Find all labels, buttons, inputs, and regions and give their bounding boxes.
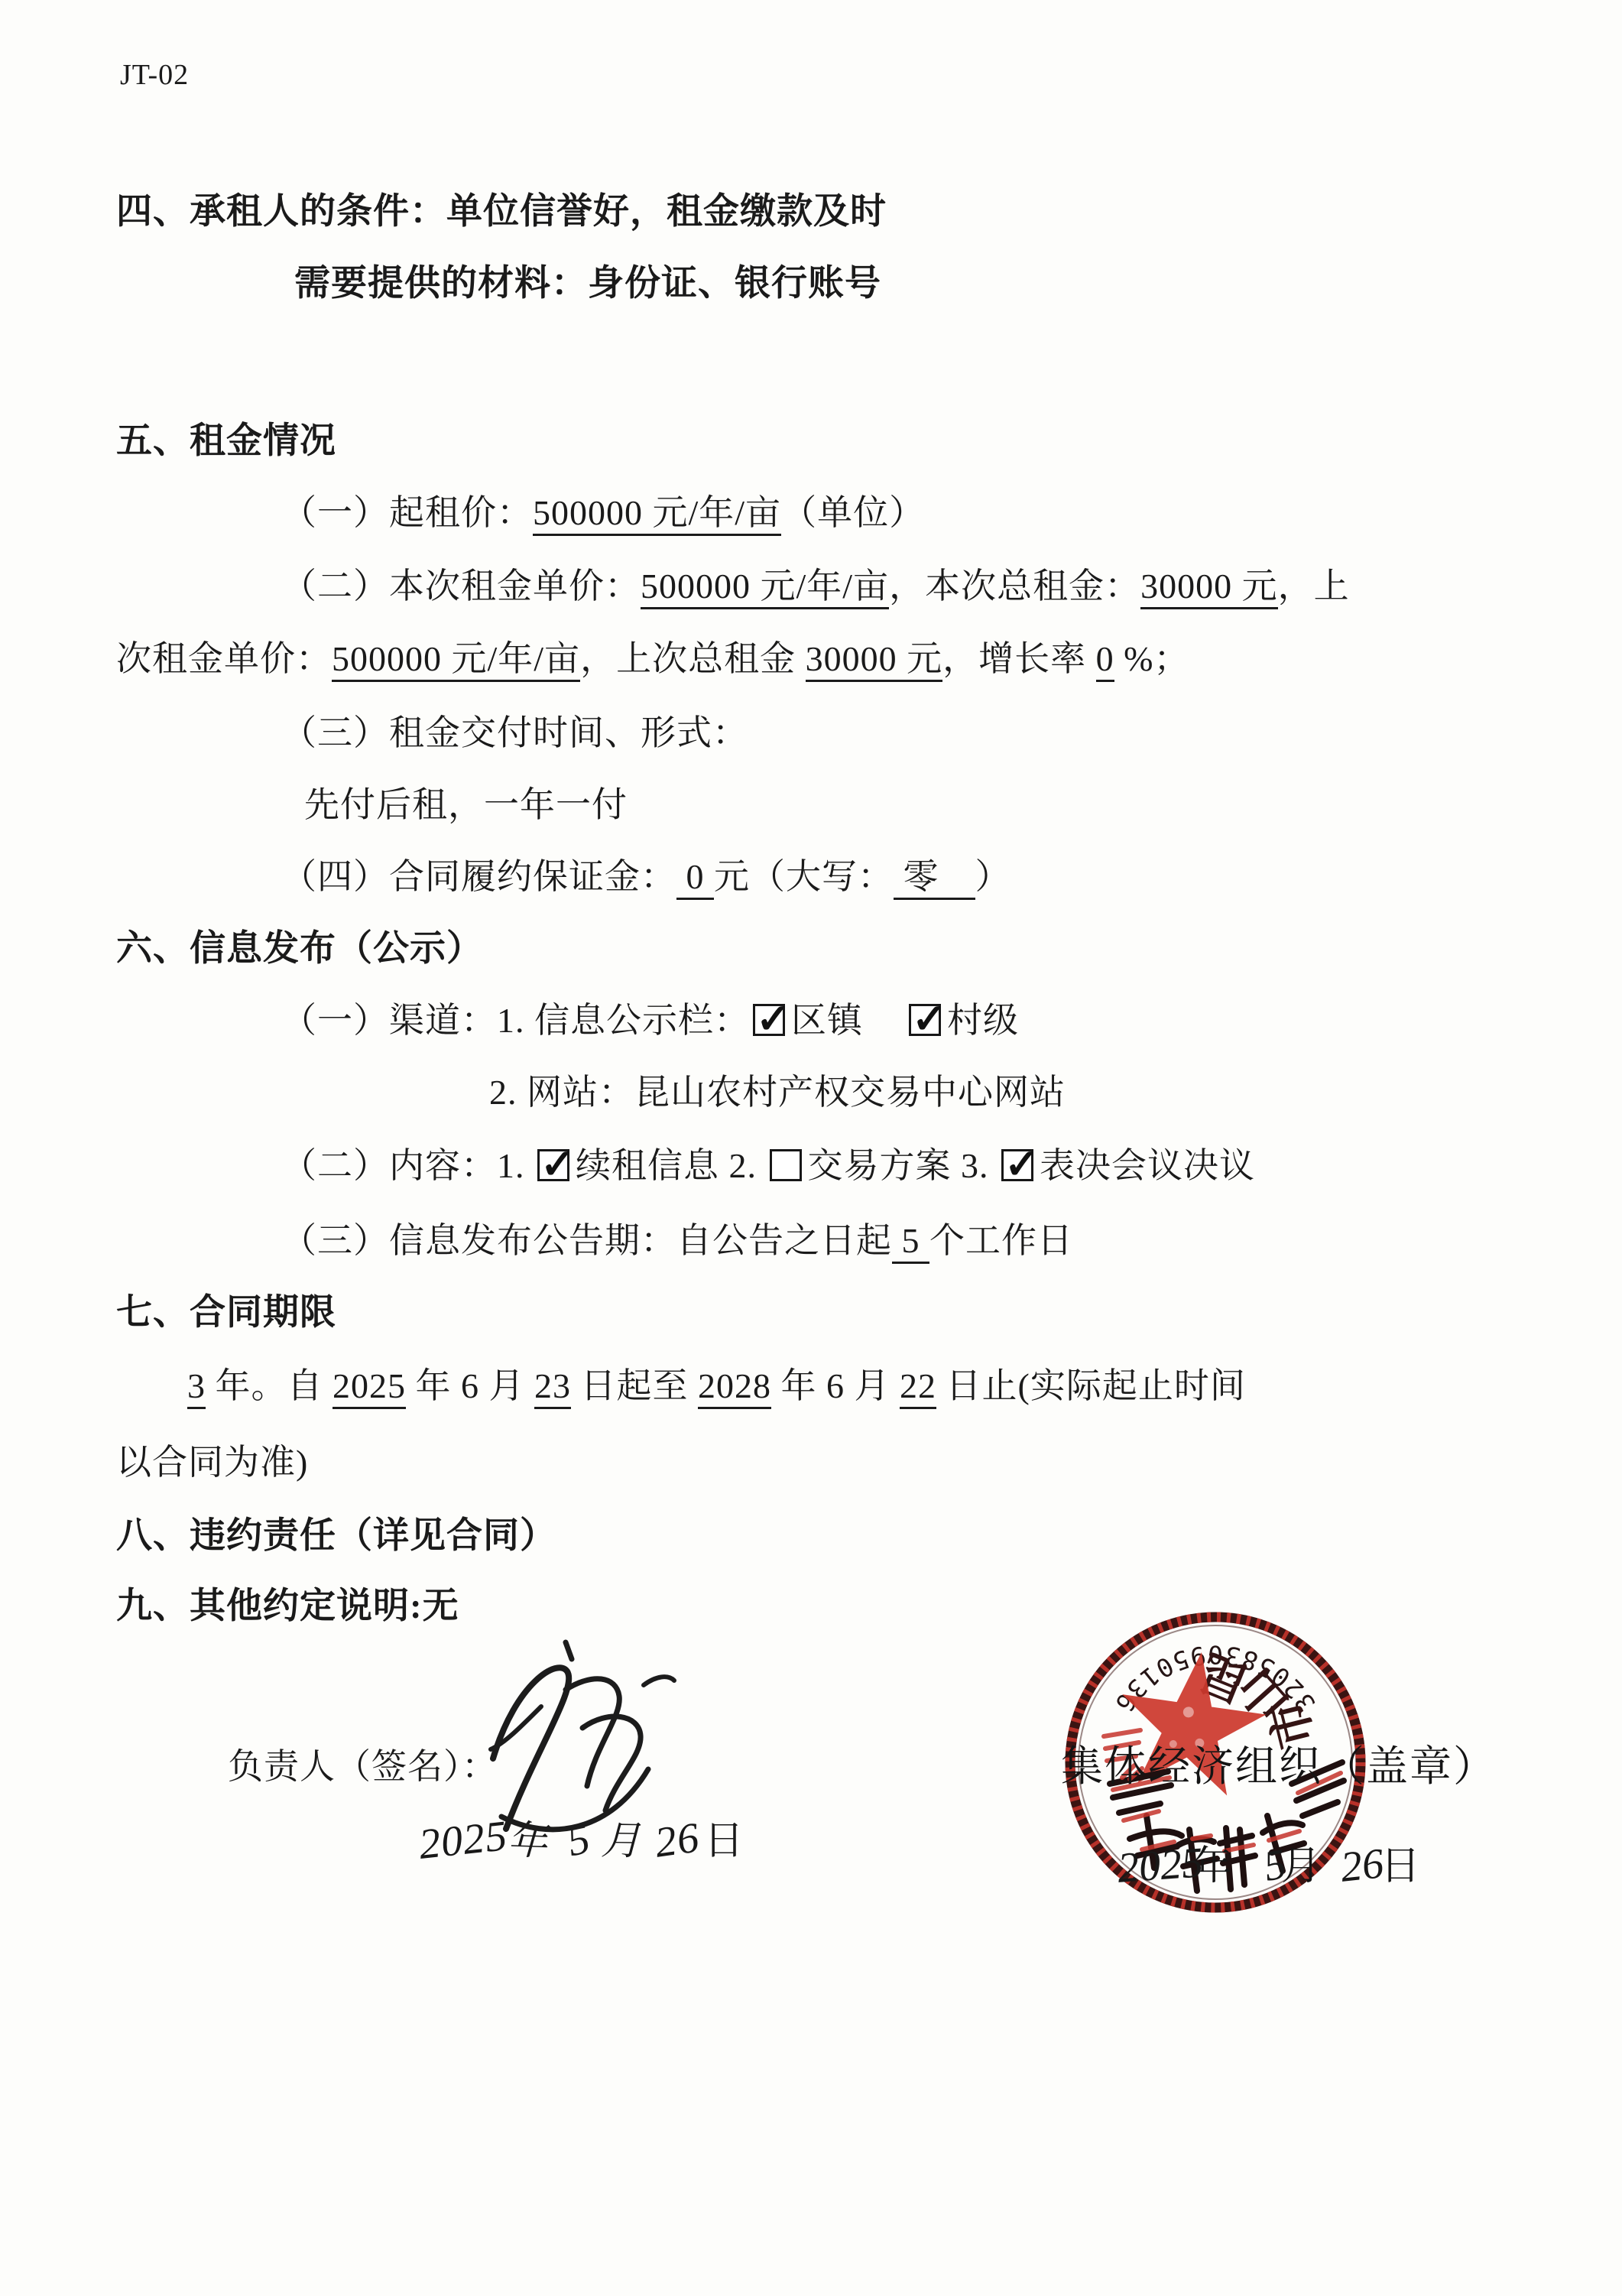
prev-mid: ，上次总租金 xyxy=(580,639,806,678)
publish-channel-line: （一）渠道：1. 信息公示栏：区镇村级 xyxy=(281,999,1019,1043)
notice-suffix: 个工作日 xyxy=(929,1221,1073,1260)
channel-option-quzhen: 区镇 xyxy=(791,1001,863,1040)
publish-website-line: 2. 网站：昆山农村产权交易中心网站 xyxy=(489,1070,1066,1115)
checkbox-checked-icon xyxy=(1001,1149,1033,1181)
rent-pay-time-line: （三）租金交付时间、形式： xyxy=(281,711,748,755)
content-option-xuzu: 续租信息 xyxy=(576,1146,719,1185)
term-start-year: 2025 xyxy=(333,1366,406,1409)
materials-label: 需要提供的材料： xyxy=(294,264,588,304)
contract-term-cont-line: 以合同为准) xyxy=(116,1440,308,1485)
rent-start-price-line: （一）起租价：500000 元/年/亩（单位） xyxy=(281,491,925,535)
term-p3: 日起至 xyxy=(571,1366,698,1405)
rent-pay-form-line: 先付后租，一年一付 xyxy=(304,783,628,827)
materials-value: 身份证、银行账号 xyxy=(588,264,881,304)
term-end-year: 2028 xyxy=(698,1366,771,1409)
prev-price-label: 次租金单价： xyxy=(116,639,332,678)
channel-option-cunji: 村级 xyxy=(947,1001,1019,1040)
section-6-title: 六、信息发布（公示） xyxy=(116,927,483,972)
checkbox-checked-icon xyxy=(537,1149,569,1181)
term-p2: 年 6 月 xyxy=(406,1366,534,1405)
deposit-label: （四）合同履约保证金： xyxy=(281,857,676,896)
sign-date-day-unit: 日 xyxy=(704,1817,744,1866)
term-p5: 日止(实际起止时间 xyxy=(936,1366,1246,1405)
notice-label: （三）信息发布公告期：自公告之日起 xyxy=(281,1221,892,1260)
growth-suffix: %； xyxy=(1114,639,1190,678)
deposit-mid: 元（大写： xyxy=(714,857,894,896)
deposit-line: （四）合同履约保证金： 0 元（大写： 零 ） xyxy=(281,855,1011,899)
term-p4: 年 6 月 xyxy=(771,1366,900,1405)
section-4-title: 四、承租人的条件： xyxy=(116,192,446,232)
section-4-condition: 单位信誉好，租金缴款及时 xyxy=(446,192,887,232)
start-price-label: （一）起租价： xyxy=(281,493,533,532)
deposit-value: 0 xyxy=(676,857,714,900)
seal-date-year-hand: 2025 xyxy=(1116,1838,1205,1893)
deposit-tail: ） xyxy=(975,857,1011,896)
section-9-title: 九、其他约定说明:无 xyxy=(116,1584,459,1629)
checkbox-unchecked-icon xyxy=(770,1149,802,1181)
notice-days: 5 xyxy=(892,1221,929,1264)
section-5-title: 五、租金情况 xyxy=(116,419,336,464)
seal-caption: 集体经济组织（盖章） xyxy=(1061,1733,1497,1793)
start-price-suffix: （单位） xyxy=(781,493,925,532)
checkbox-checked-icon xyxy=(753,1004,785,1036)
growth-value: 0 xyxy=(1096,639,1114,682)
term-start-day: 23 xyxy=(534,1366,571,1409)
growth-label: ，增长率 xyxy=(942,639,1096,678)
content-mid3: 3. xyxy=(952,1146,999,1185)
section-7-title: 七、合同期限 xyxy=(116,1291,336,1336)
form-code: JT-02 xyxy=(120,57,189,94)
deposit-capital-cn: 零 xyxy=(894,857,975,900)
contract-term-line: 3 年。自 2025 年 6 月 23 日起至 2028 年 6 月 22 日止… xyxy=(187,1364,1246,1408)
section-4-materials-line: 需要提供的材料：身份证、银行账号 xyxy=(294,261,881,307)
term-years: 3 xyxy=(187,1366,206,1409)
section-4-line: 四、承租人的条件：单位信誉好，租金缴款及时 xyxy=(116,190,887,235)
current-total-rent: 30000 元 xyxy=(1140,567,1278,609)
seal-date-day-hand: 26 xyxy=(1338,1839,1386,1892)
handwritten-signature xyxy=(451,1636,696,1873)
content-label: （二）内容：1. xyxy=(281,1146,534,1185)
term-p1: 年。自 xyxy=(206,1366,333,1405)
scanned-form-page: JT-02 四、承租人的条件：单位信誉好，租金缴款及时 需要提供的材料：身份证、… xyxy=(0,0,1622,2296)
start-price-value: 500000 元/年/亩 xyxy=(533,493,781,536)
publish-content-line: （二）内容：1. 续租信息 2. 交易方案 3. 表决会议决议 xyxy=(281,1144,1255,1188)
rent-previous-line: 次租金单价：500000 元/年/亩，上次总租金 30000 元，增长率 0 %… xyxy=(116,637,1189,681)
seal-date-day-unit: 日 xyxy=(1380,1845,1420,1888)
content-mid2: 2. xyxy=(719,1146,767,1185)
publish-notice-line: （三）信息发布公告期：自公告之日起 5 个工作日 xyxy=(281,1219,1073,1263)
content-option-jiaoyi: 交易方案 xyxy=(808,1146,952,1185)
current-tail: ，上 xyxy=(1278,567,1350,606)
current-mid: ，本次总租金： xyxy=(889,567,1140,606)
current-unit-price: 500000 元/年/亩 xyxy=(641,567,889,609)
term-end-day: 22 xyxy=(900,1366,936,1409)
seal-date-line: 2025年5月26日 xyxy=(1118,1833,1420,1891)
prev-unit-price: 500000 元/年/亩 xyxy=(332,639,580,682)
channel-label: （一）渠道：1. 信息公示栏： xyxy=(281,1001,750,1040)
current-price-label: （二）本次租金单价： xyxy=(281,567,641,606)
section-8-title: 八、违约责任（详见合同） xyxy=(116,1514,556,1559)
content-option-biaojue: 表决会议决议 xyxy=(1040,1146,1255,1185)
checkbox-checked-icon xyxy=(909,1004,941,1036)
prev-total-rent: 30000 元 xyxy=(806,639,943,682)
rent-current-line: （二）本次租金单价：500000 元/年/亩，本次总租金：30000 元，上 xyxy=(281,564,1350,609)
